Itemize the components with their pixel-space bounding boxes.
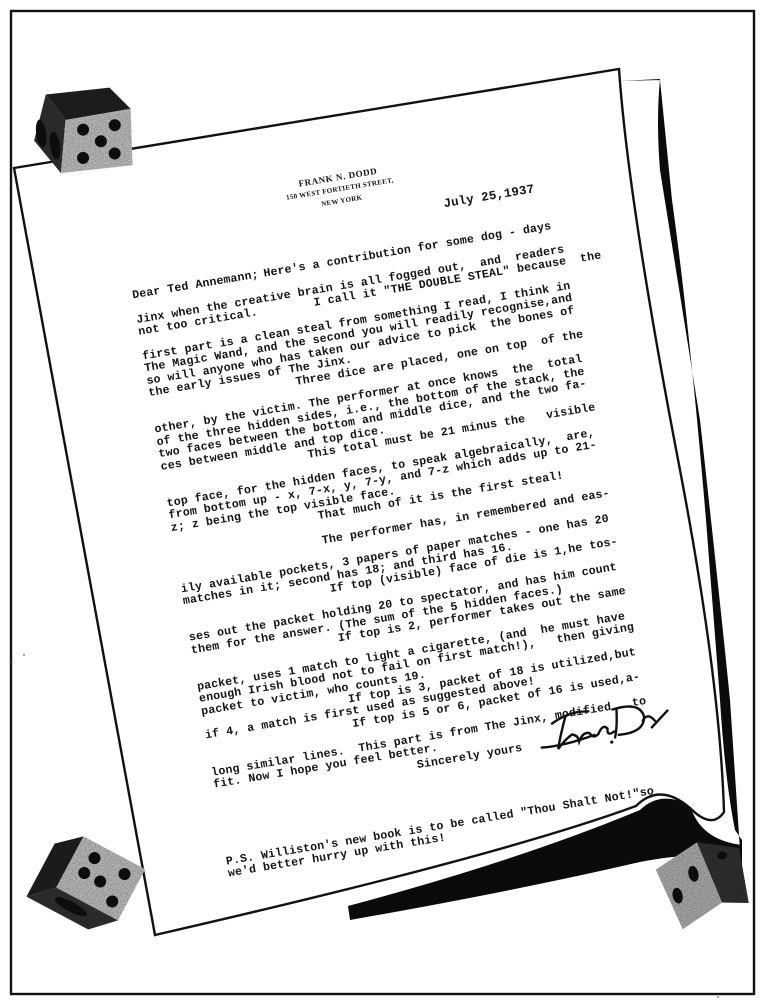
letter: FRANK N. DODD 150 WEST FORTIETH STREET, … — [14, 68, 744, 928]
signature — [530, 688, 676, 760]
magazine-page: FRANK N. DODD 150 WEST FORTIETH STREET, … — [0, 0, 772, 1005]
letter-date: July 25,1937 — [443, 183, 536, 210]
